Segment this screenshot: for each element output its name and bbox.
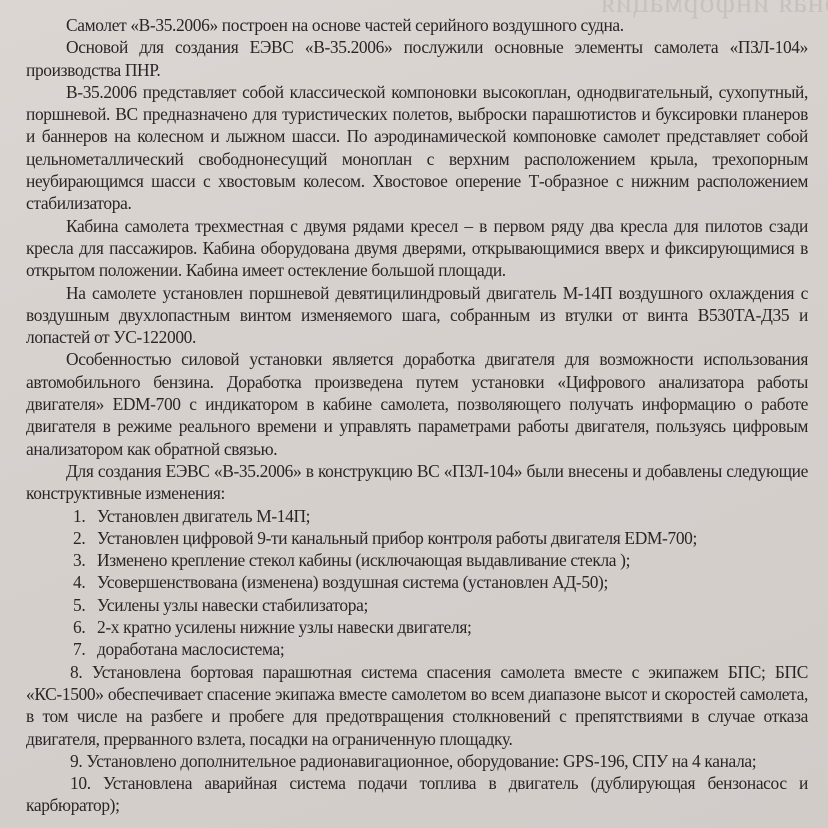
paragraph-description: В-35.2006 представляет собой классическо… <box>26 81 808 215</box>
list-item: 5. Усилены узлы навески стабилизатора; <box>26 594 808 616</box>
paragraph-changes-intro: Для создания ЕЭВС «В-35.2006» в конструк… <box>26 460 808 505</box>
list-item-text: доработана маслосистема; <box>97 638 284 660</box>
document-body: Самолет «В-35.2006» построен на основе ч… <box>26 14 808 817</box>
list-item-number: 1. <box>73 505 97 527</box>
paragraph-intro: Самолет «В-35.2006» построен на основе ч… <box>26 14 808 36</box>
list-item: 2. Установлен цифровой 9-ти канальный пр… <box>26 527 808 549</box>
paragraph-basis: Основой для создания ЕЭВС «В-35.2006» по… <box>26 36 808 81</box>
list-item-text: Установлен двигатель М-14П; <box>97 505 310 527</box>
list-item: 6. 2-х кратно усилены нижние узлы навеск… <box>26 616 808 638</box>
list-item-text: 2-х кратно усилены нижние узлы навески д… <box>97 616 472 638</box>
list-item-number: 6. <box>73 616 97 638</box>
list-item-text: Усовершенствована (изменена) воздушная с… <box>97 571 608 593</box>
paragraph-cabin: Кабина самолета трехместная с двумя ряда… <box>26 215 808 282</box>
list-item-number: 4. <box>73 571 97 593</box>
list-item-number: 7. <box>73 638 97 660</box>
list-item-number: 5. <box>73 594 97 616</box>
list-item-number: 3. <box>73 549 97 571</box>
paragraph-engine: На самолете установлен поршневой девятиц… <box>26 282 808 349</box>
list-item-number: 2. <box>73 527 97 549</box>
list-item: 4. Усовершенствована (изменена) воздушна… <box>26 571 808 593</box>
list-item-fuel-system: 10. Установлена аварийная система подачи… <box>26 772 808 817</box>
list-item-parachute-system: 8. Установлена бортовая парашютная систе… <box>26 661 808 750</box>
list-item-radionav: 9. Установлено дополнительное радионавиг… <box>26 750 808 772</box>
paragraph-powerplant: Особенностью силовой установки является … <box>26 348 808 459</box>
list-item-text: Установлен цифровой 9-ти канальный прибо… <box>97 527 697 549</box>
list-item: 3. Изменено крепление стекол кабины (иск… <box>26 549 808 571</box>
changes-list: 1. Установлен двигатель М-14П; 2. Устано… <box>26 505 808 817</box>
list-item-text: Изменено крепление стекол кабины (исключ… <box>97 549 630 571</box>
list-item: 7. доработана маслосистема; <box>26 638 808 660</box>
document-page: 007 Служебная информация Самолет «В-35.2… <box>0 0 828 828</box>
list-item: 1. Установлен двигатель М-14П; <box>26 505 808 527</box>
list-item-text: Усилены узлы навески стабилизатора; <box>97 594 368 616</box>
